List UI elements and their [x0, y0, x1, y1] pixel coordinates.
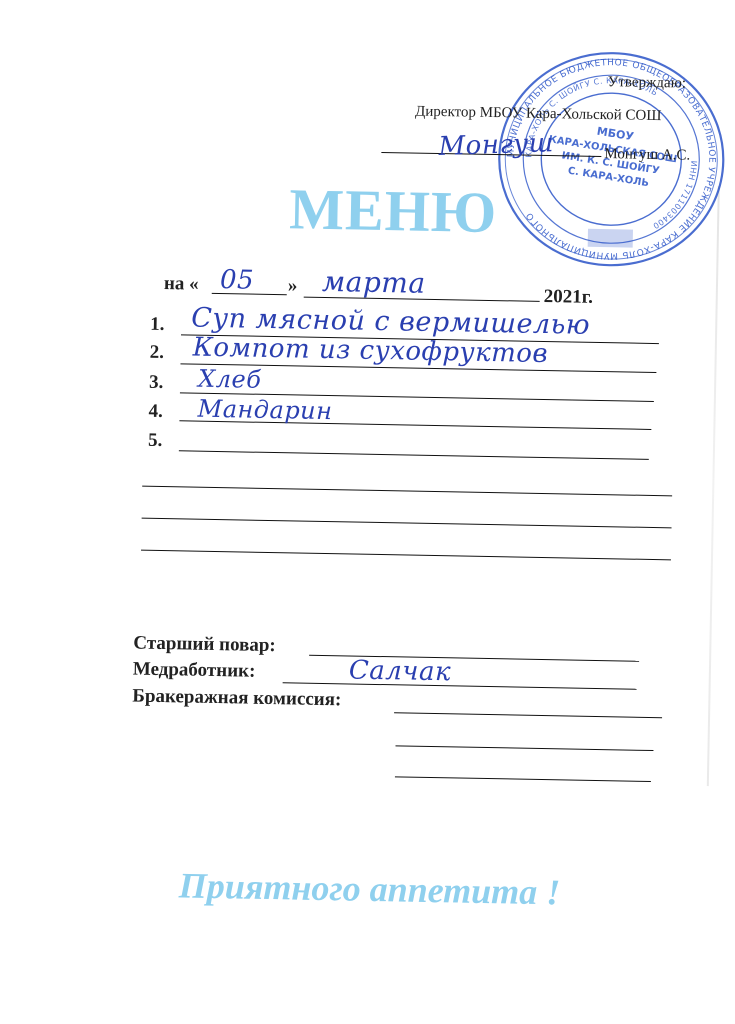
menu-item-text: Хлеб	[198, 365, 262, 394]
menu-item-line	[179, 450, 649, 460]
menu-item-number: 4.	[148, 401, 163, 423]
date-prefix: на «	[164, 273, 199, 296]
menu-item: 2. Компот из сухофруктов	[9, 0, 735, 7]
menu-item-text: Мандарин	[197, 395, 332, 425]
menu-item-number: 1.	[150, 314, 165, 336]
date-suffix: »	[288, 275, 298, 297]
menu-item-number: 2.	[149, 342, 164, 364]
blank-line	[142, 486, 672, 497]
date-day: 05	[220, 265, 255, 296]
menu-item: 1. Суп мясной с вермишелью	[9, 0, 735, 7]
commission-signature-line-1	[394, 712, 662, 718]
approve-label: Утверждаю:	[608, 74, 687, 92]
medic-signature: Салчак	[349, 655, 452, 687]
menu-item-number: 3.	[149, 372, 164, 394]
blank-line	[142, 518, 672, 529]
page-title: МЕНЮ	[289, 180, 498, 242]
date-year: 2021г.	[544, 286, 594, 309]
menu-document: МУНИЦИПАЛЬНОЕ БЮДЖЕТНОЕ ОБЩЕОБРАЗОВАТЕЛЬ…	[0, 0, 735, 1024]
menu-item: 3. Хлеб	[9, 0, 735, 7]
chef-label: Старший повар:	[133, 633, 276, 658]
commission-label: Бракеражная комиссия:	[132, 685, 341, 711]
menu-list: 1. Суп мясной с вермишелью 2. Компот из …	[9, 0, 735, 7]
medic-label: Медработник:	[133, 659, 256, 683]
blank-line	[141, 550, 671, 561]
director-name: Монгуш А.С.	[604, 146, 690, 165]
commission-signature-line-2	[395, 745, 653, 751]
director-signature: Монгуш	[438, 128, 554, 162]
footer-greeting: Приятного аппетита !	[179, 864, 561, 913]
date-month: марта	[322, 265, 426, 300]
menu-item-number: 5.	[148, 430, 163, 452]
menu-item: 4. Мандарин	[9, 0, 735, 7]
menu-item: 5.	[9, 0, 735, 7]
commission-signature-line-3	[395, 776, 651, 782]
scan-edge-artifact	[707, 186, 720, 786]
stamp-center-line1: МБОУ	[596, 125, 635, 144]
signatures-block: Старший повар: Медработник: Салчак Браке…	[9, 0, 735, 7]
director-position: Директор МБОУ Кара-Хольской СОШ	[415, 104, 662, 126]
